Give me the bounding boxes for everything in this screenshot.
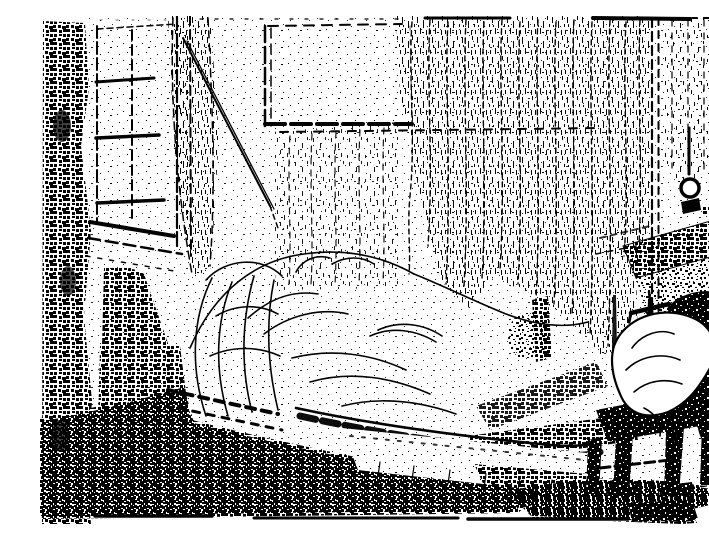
engraving-scan [40,16,709,524]
engraving-image [40,16,709,524]
back-curtain [272,122,398,290]
seated-figure [192,262,292,420]
right-curtain [664,16,709,184]
